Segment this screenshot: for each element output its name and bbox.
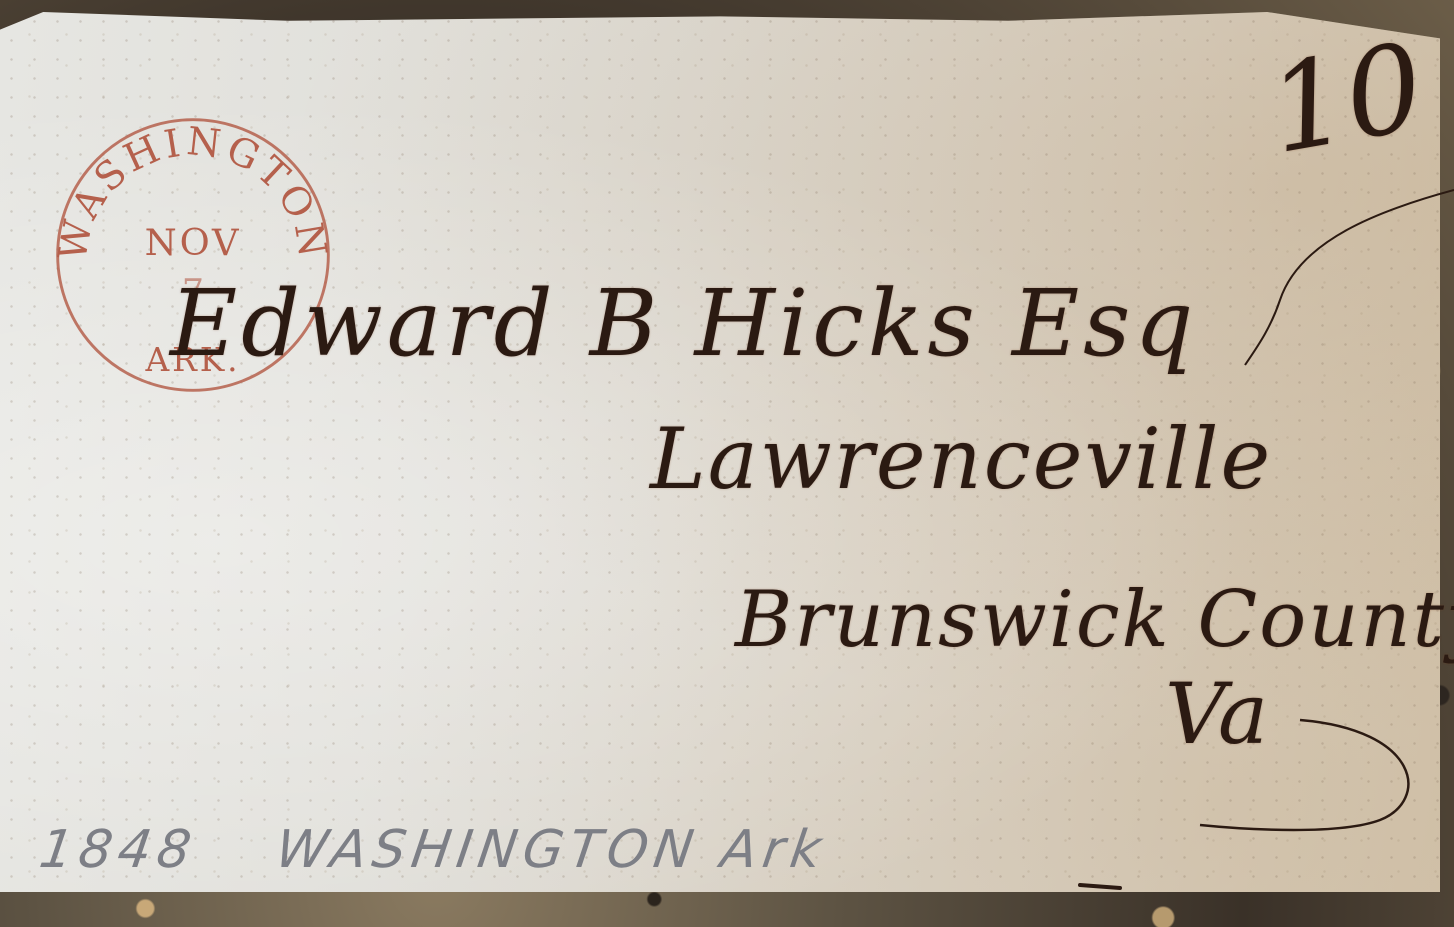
postmark-month: NOV <box>145 221 242 264</box>
pencil-origin: WASHINGTON Ark <box>272 820 831 880</box>
address-state: Va <box>1165 665 1268 763</box>
rate-marking: 10 <box>1259 18 1434 181</box>
pencil-annotation: 1848WASHINGTON Ark <box>36 820 911 880</box>
address-county: Brunswick County <box>735 575 1454 665</box>
address-town: Lawrenceville <box>650 410 1272 508</box>
pencil-year: 1848 <box>36 820 201 880</box>
addressee-name: Edward B Hicks Esq <box>170 270 1197 377</box>
